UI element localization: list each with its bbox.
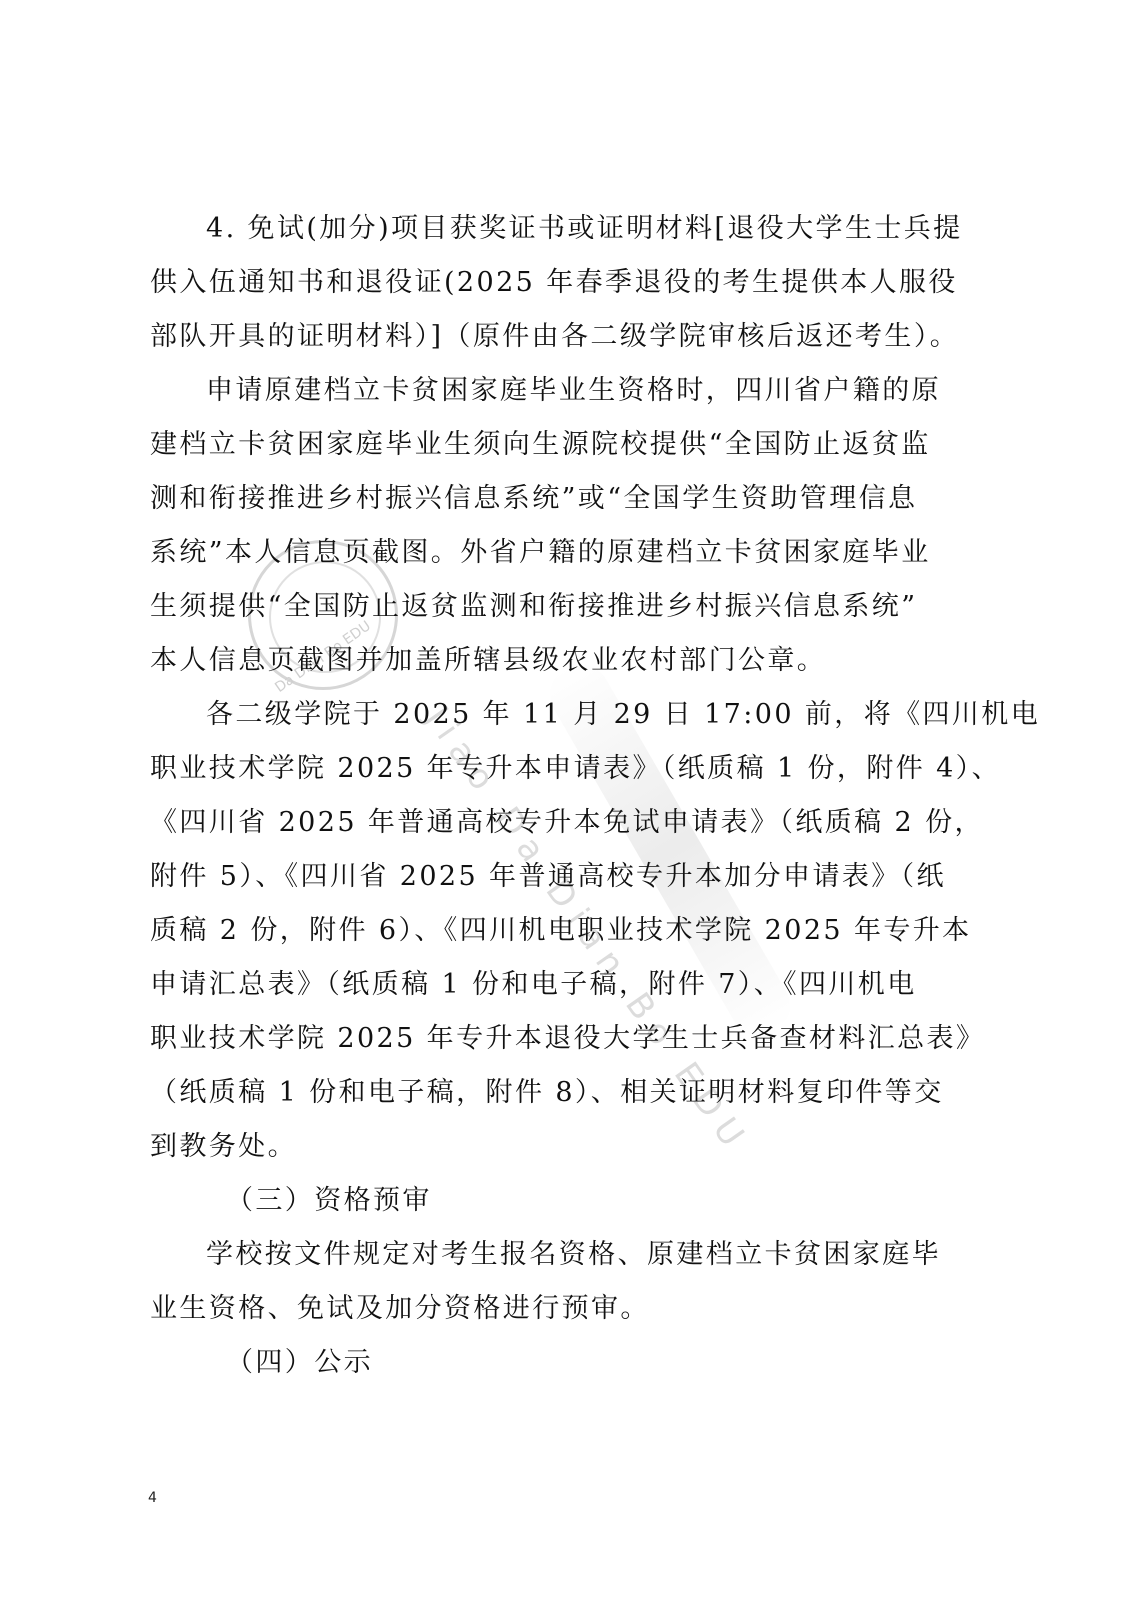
text-line: 系统”本人信息页截图。外省户籍的原建档立卡贫困家庭毕业	[150, 526, 980, 580]
page-number: 4	[148, 1490, 157, 1506]
text-line: 附件 5）、《四川省 2025 年普通高校专升本加分申请表》（纸	[150, 850, 980, 904]
document-body: 4. 免试(加分)项目获奖证书或证明材料[退役大学生士兵提 供入伍通知书和退役证…	[150, 202, 980, 1390]
text-line: 职业技术学院 2025 年专升本退役大学生士兵备查材料汇总表》	[150, 1012, 980, 1066]
text-line: 申请原建档立卡贫困家庭毕业生资格时，四川省户籍的原	[150, 364, 980, 418]
paragraph-item-4: 4. 免试(加分)项目获奖证书或证明材料[退役大学生士兵提 供入伍通知书和退役证…	[150, 202, 980, 364]
text-line: 4. 免试(加分)项目获奖证书或证明材料[退役大学生士兵提	[150, 202, 980, 256]
text-line: 学校按文件规定对考生报名资格、原建档立卡贫困家庭毕	[150, 1228, 980, 1282]
section-heading: （四）公示	[150, 1336, 980, 1390]
section-heading-qualification-review: （三）资格预审	[150, 1174, 980, 1228]
text-line: 建档立卡贫困家庭毕业生须向生源院校提供“全国防止返贫监	[150, 418, 980, 472]
document-page: Da Dian Bo EDU Jiao Da Dian Bo EDU 4. 免试…	[0, 0, 1132, 1600]
text-line: 职业技术学院 2025 年专升本申请表》（纸质稿 1 份，附件 4）、	[150, 742, 980, 796]
paragraph-poverty-qualification: 申请原建档立卡贫困家庭毕业生资格时，四川省户籍的原 建档立卡贫困家庭毕业生须向生…	[150, 364, 980, 688]
text-line: 《四川省 2025 年普通高校专升本免试申请表》（纸质稿 2 份，	[150, 796, 980, 850]
text-line: 生须提供“全国防止返贫监测和衔接推进乡村振兴信息系统”	[150, 580, 980, 634]
section-heading-publicity: （四）公示	[150, 1336, 980, 1390]
text-line: 质稿 2 份，附件 6）、《四川机电职业技术学院 2025 年专升本	[150, 904, 980, 958]
text-line: 测和衔接推进乡村振兴信息系统”或“全国学生资助管理信息	[150, 472, 980, 526]
text-line: 各二级学院于 2025 年 11 月 29 日 17:00 前，将《四川机电	[150, 688, 980, 742]
text-line: 到教务处。	[150, 1120, 980, 1174]
section-heading: （三）资格预审	[150, 1174, 980, 1228]
paragraph-qualification-review: 学校按文件规定对考生报名资格、原建档立卡贫困家庭毕 业生资格、免试及加分资格进行…	[150, 1228, 980, 1336]
text-line: 业生资格、免试及加分资格进行预审。	[150, 1282, 980, 1336]
text-line: 部队开具的证明材料）]（原件由各二级学院审核后返还考生）。	[150, 310, 980, 364]
text-line: 供入伍通知书和退役证(2025 年春季退役的考生提供本人服役	[150, 256, 980, 310]
paragraph-submission: 各二级学院于 2025 年 11 月 29 日 17:00 前，将《四川机电 职…	[150, 688, 980, 1174]
text-line: （纸质稿 1 份和电子稿，附件 8）、相关证明材料复印件等交	[150, 1066, 980, 1120]
text-line: 申请汇总表》（纸质稿 1 份和电子稿，附件 7）、《四川机电	[150, 958, 980, 1012]
text-line: 本人信息页截图并加盖所辖县级农业农村部门公章。	[150, 634, 980, 688]
